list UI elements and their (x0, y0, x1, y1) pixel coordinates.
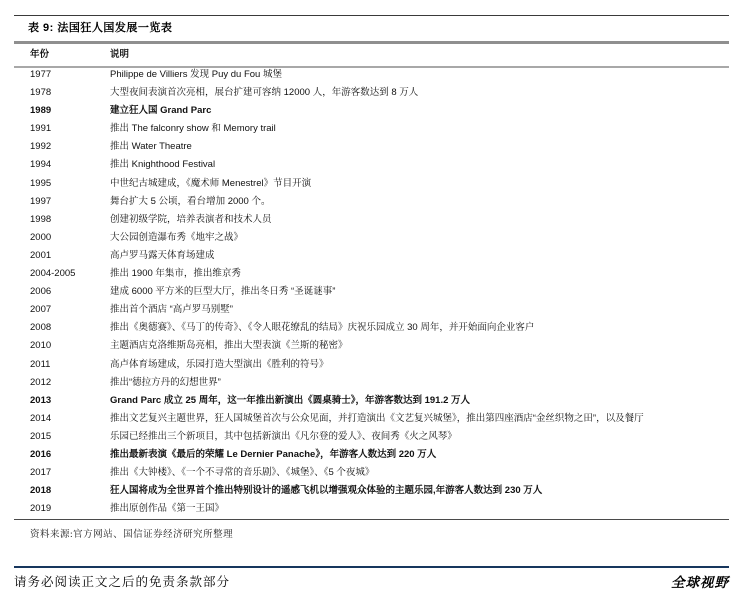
row-year: 2019 (30, 500, 108, 518)
column-header-desc: 说明 (110, 44, 729, 66)
row-desc: 推出《奥德赛》、《马丁的传奇》、《令人眼花缭乱的结局》庆祝乐园成立 30 周年，… (110, 319, 729, 337)
timeline-rows: 1977Philippe de Villiers 发现 Puy du Fou 城… (14, 66, 729, 518)
table-row: 2006建成 6000 平方米的巨型大厅，推出冬日秀 “圣诞谜事” (14, 283, 729, 301)
table-row: 2019推出原创作品《第一王国》 (14, 500, 729, 518)
row-desc: 推出原创作品《第一王国》 (110, 500, 729, 518)
row-desc: 创建初级学院，培养表演者和技术人员 (110, 211, 729, 229)
footer-disclaimer: 请务必阅读正文之后的免责条款部分 (14, 572, 230, 590)
footer-divider (14, 566, 729, 568)
table-row: 2013Grand Parc 成立 25 周年，这一年推出新演出《圆桌骑士》，年… (14, 392, 729, 410)
table-row: 1994推出 Knighthood Festival (14, 156, 729, 174)
footer-brand: 全球视野 (671, 571, 729, 591)
row-desc: 高卢罗马露天体育场建成 (110, 247, 729, 265)
row-desc: 推出首个酒店 “高卢罗马别墅” (110, 301, 729, 319)
table-row: 2018狂人国将成为全世界首个推出特别设计的遥感飞机以增强观众体验的主题乐园,年… (14, 482, 729, 500)
row-desc: 大公园创造瀑布秀《地牢之战》 (110, 229, 729, 247)
row-year: 2015 (30, 428, 108, 446)
row-year: 1989 (30, 102, 108, 120)
row-year: 2008 (30, 319, 108, 337)
row-desc: 推出 Water Theatre (110, 138, 729, 156)
row-year: 2014 (30, 410, 108, 428)
row-year: 2017 (30, 464, 108, 482)
table-row: 1998创建初级学院，培养表演者和技术人员 (14, 211, 729, 229)
row-desc: 推出文艺复兴主题世界，狂人国城堡首次与公众见面，并打造演出《文艺复兴城堡》，推出… (110, 410, 729, 428)
table-row: 2014推出文艺复兴主题世界，狂人国城堡首次与公众见面，并打造演出《文艺复兴城堡… (14, 410, 729, 428)
row-desc: 中世纪古城建成，《魔术师 Menestrel》节目开演 (110, 175, 729, 193)
table-bottom-divider (14, 519, 729, 520)
report-page: 表 9: 法国狂人国发展一览表 年份 说明 1977Philippe de Vi… (0, 0, 743, 591)
table-row: 1995中世纪古城建成，《魔术师 Menestrel》节目开演 (14, 175, 729, 193)
table-row: 1991推出 The falconry show 和 Memory trail (14, 120, 729, 138)
table-row: 1989建立狂人国 Grand Parc (14, 102, 729, 120)
row-desc: Grand Parc 成立 25 周年，这一年推出新演出《圆桌骑士》，年游客数达… (110, 392, 729, 410)
row-desc: Philippe de Villiers 发现 Puy du Fou 城堡 (110, 66, 729, 84)
row-year: 2012 (30, 374, 108, 392)
row-desc: 推出 1900 年集市，推出维京秀 (110, 265, 729, 283)
table-row: 2015乐园已经推出三个新项目，其中包括新演出《凡尔登的爱人》、夜间秀《火之风琴… (14, 428, 729, 446)
row-desc: 推出《大钟楼》、《一个不寻常的音乐剧》、《城堡》、《5 个夜城》 (110, 464, 729, 482)
table-row: 1977Philippe de Villiers 发现 Puy du Fou 城… (14, 66, 729, 84)
row-desc: 乐园已经推出三个新项目，其中包括新演出《凡尔登的爱人》、夜间秀《火之风琴》 (110, 428, 729, 446)
row-desc: 推出“德拉方丹的幻想世界” (110, 374, 729, 392)
row-year: 1998 (30, 211, 108, 229)
table-header-row: 年份 说明 (14, 44, 729, 68)
row-year: 2013 (30, 392, 108, 410)
row-year: 1991 (30, 120, 108, 138)
table-row: 1997舞台扩大 5 公顷，看台增加 2000 个。 (14, 193, 729, 211)
row-year: 1997 (30, 193, 108, 211)
row-year: 2006 (30, 283, 108, 301)
table-row: 2012推出“德拉方丹的幻想世界” (14, 374, 729, 392)
row-year: 1995 (30, 175, 108, 193)
row-year: 2007 (30, 301, 108, 319)
row-year: 2010 (30, 337, 108, 355)
row-year: 1977 (30, 66, 108, 84)
row-desc: 建立狂人国 Grand Parc (110, 102, 729, 120)
table-row: 2008推出《奥德赛》、《马丁的传奇》、《令人眼花缭乱的结局》庆祝乐园成立 30… (14, 319, 729, 337)
column-header-year: 年份 (30, 44, 108, 66)
row-desc: 推出 Knighthood Festival (110, 156, 729, 174)
table-row: 1978大型夜间表演首次亮相，展台扩建可容纳 12000 人，年游客数达到 8 … (14, 84, 729, 102)
top-divider (14, 15, 729, 16)
table-row: 1992推出 Water Theatre (14, 138, 729, 156)
row-year: 1992 (30, 138, 108, 156)
row-desc: 大型夜间表演首次亮相，展台扩建可容纳 12000 人，年游客数达到 8 万人 (110, 84, 729, 102)
row-year: 2004-2005 (30, 265, 108, 283)
table-row: 2007推出首个酒店 “高卢罗马别墅” (14, 301, 729, 319)
row-desc: 主题酒店克洛维斯岛亮相，推出大型表演《兰斯的秘密》 (110, 337, 729, 355)
row-desc: 舞台扩大 5 公顷，看台增加 2000 个。 (110, 193, 729, 211)
row-desc: 高卢体育场建成，乐园打造大型演出《胜利的符号》 (110, 356, 729, 374)
row-year: 2011 (30, 356, 108, 374)
table-row: 2000大公园创造瀑布秀《地牢之战》 (14, 229, 729, 247)
row-year: 2000 (30, 229, 108, 247)
row-desc: 建成 6000 平方米的巨型大厅，推出冬日秀 “圣诞谜事” (110, 283, 729, 301)
row-year: 1978 (30, 84, 108, 102)
table-row: 2016推出最新表演《最后的荣耀 Le Dernier Panache》，年游客… (14, 446, 729, 464)
table-row: 2001高卢罗马露天体育场建成 (14, 247, 729, 265)
row-year: 2001 (30, 247, 108, 265)
row-year: 2018 (30, 482, 108, 500)
table-row: 2017推出《大钟楼》、《一个不寻常的音乐剧》、《城堡》、《5 个夜城》 (14, 464, 729, 482)
source-note: 资料来源:官方网站、国信证券经济研究所整理 (30, 526, 233, 540)
row-year: 1994 (30, 156, 108, 174)
row-year: 2016 (30, 446, 108, 464)
table-row: 2011高卢体育场建成，乐园打造大型演出《胜利的符号》 (14, 356, 729, 374)
row-desc: 推出 The falconry show 和 Memory trail (110, 120, 729, 138)
row-desc: 推出最新表演《最后的荣耀 Le Dernier Panache》，年游客人数达到… (110, 446, 729, 464)
table-row: 2010主题酒店克洛维斯岛亮相，推出大型表演《兰斯的秘密》 (14, 337, 729, 355)
row-desc: 狂人国将成为全世界首个推出特别设计的遥感飞机以增强观众体验的主题乐园,年游客人数… (110, 482, 729, 500)
table-row: 2004-2005推出 1900 年集市，推出维京秀 (14, 265, 729, 283)
table-title: 表 9: 法国狂人国发展一览表 (28, 19, 172, 35)
